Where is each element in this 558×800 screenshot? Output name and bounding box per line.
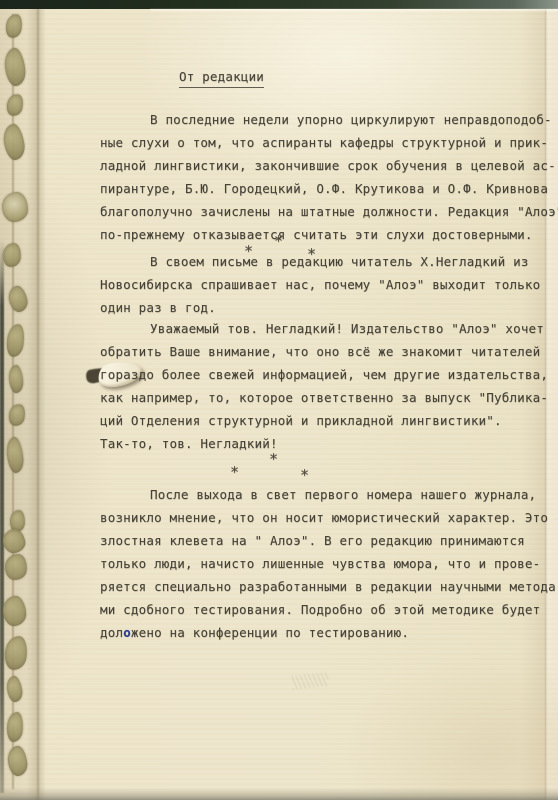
text-line: только люди, начисто лишенные чувства юм… <box>100 552 555 575</box>
text-segment: дол <box>100 625 123 640</box>
overtyped-correction: о <box>123 625 131 640</box>
typewritten-text: От редакции В последние недели упорно ци… <box>0 0 558 800</box>
asterisk-separator: * <box>269 454 278 464</box>
paragraph: После выхода в свет первого номера нашег… <box>100 483 555 644</box>
paragraph: Уважаемый тов. Негладкий! Издательство "… <box>100 317 555 455</box>
text-line: доложено на конференции по тестированию. <box>100 621 555 644</box>
text-line: гораздо более свежей информацией, чем др… <box>100 363 555 386</box>
paragraph: В своем письме в редакцию читатель Х.Нег… <box>100 250 555 319</box>
text-line: возникло мнение, что он носит юмористиче… <box>100 506 555 529</box>
text-segment: жено на конференции по тестированию. <box>131 625 409 640</box>
text-line: Уважаемый тов. Негладкий! Издательство "… <box>100 317 555 340</box>
text-line: Новосибирска спрашивает нас, почему "Ало… <box>100 273 555 296</box>
text-line: благополучно зачислены на штатные должно… <box>100 200 555 223</box>
text-line: по-прежнему отказывается считать эти слу… <box>100 223 555 246</box>
asterisk-separator: * <box>274 236 283 246</box>
text-line: пирантуре, Б.Ю. Городецкий, О.Ф. Крутико… <box>100 177 555 200</box>
scanned-typewritten-page: От редакции В последние недели упорно ци… <box>0 0 558 800</box>
text-line: злостная клевета на " Алоэ". В его редак… <box>100 529 555 552</box>
text-line: ладной лингвистики, закончившие срок обу… <box>100 154 555 177</box>
text-line: обратить Ваше внимание, что оно всё же з… <box>100 340 555 363</box>
text-line: как например, то, которое ответственно з… <box>100 386 555 409</box>
text-line: ций Отделения структурной и прикладной л… <box>100 409 555 432</box>
asterisk-separator: * <box>307 249 316 259</box>
document-title: От редакции <box>179 69 264 88</box>
paragraph: В последние недели упорно циркулируют не… <box>100 108 555 246</box>
text-line: После выхода в свет первого номера нашег… <box>100 483 555 506</box>
text-line: один раз в год. <box>100 296 555 319</box>
asterisk-separator: * <box>300 470 309 480</box>
text-line: В последние недели упорно циркулируют не… <box>100 108 555 131</box>
asterisk-separator: * <box>244 246 253 256</box>
text-line: ряется специально разработанными в редак… <box>100 575 555 598</box>
text-line: Так-то, тов. Негладкий! <box>100 432 555 455</box>
text-line: ми сдобного тестирования. Подробно об эт… <box>100 598 555 621</box>
text-line: В своем письме в редакцию читатель Х.Нег… <box>100 250 555 273</box>
text-line: ные слухи о том, что аспиранты кафедры с… <box>100 131 555 154</box>
asterisk-separator: * <box>230 467 239 477</box>
